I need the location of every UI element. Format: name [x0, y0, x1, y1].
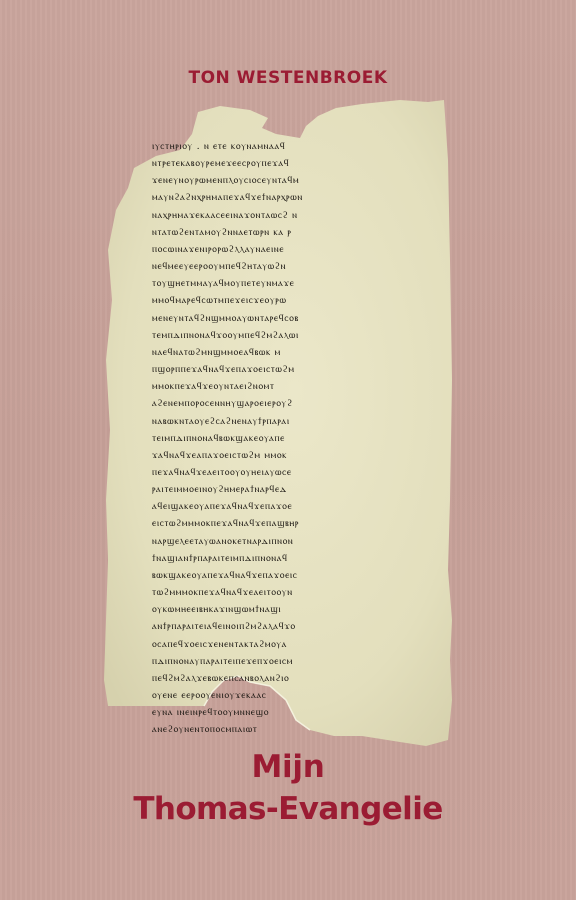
manuscript-line: ⲁϥⲉⲓϣⲁⲕⲉⲟⲩⲁⲡⲉϫⲁϥⲛⲁϥϫⲉⲡⲁϫⲟⲉ [152, 498, 424, 515]
manuscript-line: ⲧⲟⲩϣⲏⲉⲧⲙⲙⲁⲩⲁϥⲙⲟⲩⲡⲉⲧⲉⲩⲛⲙⲁϫⲉ [152, 275, 424, 292]
manuscript-line: ϫⲁϥⲛⲁϥϫⲉⲁⲡⲁϫⲟⲉⲓⲥⲧⲱϩⲙ ⲙⲙⲟⲕ [152, 447, 424, 464]
manuscript-line: ⲛⲧⲣⲉⲧⲉⲕⲁⲃⲟⲩⲣⲉⲙⲉϫⲉⲉⲥⲣⲟⲩⲡⲉϫⲁϥ [152, 155, 424, 172]
book-title: Mijn Thomas-Evangelie [0, 746, 576, 830]
manuscript-line: ⲟⲩⲉⲛⲉ ⲉⲉⲣⲟⲟⲩⲉⲛⲓⲟⲩϫⲉⲕⲁⲁⲥ [152, 687, 424, 704]
manuscript-line: ⲡⲟⲥⲱⲓⲛⲁϫⲉⲛⲓⲣⲟⲣⲱϩⲗⲗⲁⲩⲛⲁⲉⲓⲛⲉ [152, 241, 424, 258]
manuscript-line: ⲡⲉϥϩⲙϩⲁⲗϫⲉⲃⲱⲕⲉⲡⲥⲁⲛⲃⲟⲗⲁⲛϩⲓⲟ [152, 670, 424, 687]
manuscript-line: ⲓⲩⲥⲧⲏⲣⲓⲟⲩ . ⲛ ⲉⲧⲉ ⲕⲟⲩⲛⲁⲙⲛⲁⲁϥ [152, 138, 424, 155]
manuscript-line: ⲛⲁⲣϣⲉⲗⲉⲉⲧⲁⲩⲱⲁⲛⲟⲕⲉⲧⲛⲁⲣⲇⲓⲡⲛⲟⲛ [152, 533, 424, 550]
manuscript-line: ⲟⲩⲕⲱⲙⲏⲉⲉⲓⲃⲏⲕⲁϫⲓⲛϣⲱⲙϯⲛⲁϣⲓ [152, 601, 424, 618]
manuscript-line: ⲙⲉⲛⲉⲩⲛⲧⲁϥϩⲛϣⲙⲙⲟⲁⲩⲱⲛⲧⲁⲣⲉϥⲥⲟⲃ [152, 310, 424, 327]
author-name: TON WESTENBROEK [0, 68, 576, 88]
title-line-2: Thomas-Evangelie [0, 788, 576, 830]
manuscript-line: ⲧⲱϩⲙⲙⲙⲟⲕⲡⲉϫⲁϥⲛⲁϥϫⲉⲁⲉⲓⲧⲟⲟⲩⲛ [152, 584, 424, 601]
papyrus-manuscript-image: ⲓⲩⲥⲧⲏⲣⲓⲟⲩ . ⲛ ⲉⲧⲉ ⲕⲟⲩⲛⲁⲙⲛⲁⲁϥ ⲛⲧⲣⲉⲧⲉⲕⲁⲃⲟⲩ… [100, 100, 460, 750]
manuscript-line: ⲣⲁⲓⲧⲉⲓⲙⲙⲟⲉⲓⲛⲟⲩϩⲏⲙⲉⲣⲁϯⲛⲁⲣϥⲉⲇ [152, 481, 424, 498]
manuscript-line: ⲁⲛⲉϩⲟⲩⲛⲉⲛⲧⲟⲡⲟⲥⲙⲡⲁⲓⲱⲧ [152, 721, 424, 738]
manuscript-line: ⲟⲥⲁⲡⲉϥϫⲟⲉⲓⲥϫⲉⲛⲉⲛⲧⲁⲕⲧⲁϩⲙⲟⲩⲁ [152, 636, 424, 653]
manuscript-line: ⲡϣⲟⲣⲡⲡⲉϫⲁϥⲛⲁϥϫⲉⲡⲁϫⲟⲉⲓⲥⲧⲱϩⲙ [152, 361, 424, 378]
manuscript-line: ⲛⲧⲁⲧⲱϩⲉⲛⲧⲁⲙⲟⲩϩⲛⲛⲁⲉⲧⲱⲣⲛ ⲕⲁ ⲣ [152, 224, 424, 241]
manuscript-line: ϫⲉⲛⲉⲩⲛⲟⲩⲣⲱⲙⲉⲛⲡⲗⲟⲩⲥⲓⲟⲥⲉⲩⲛⲧⲁϥⲙ [152, 172, 424, 189]
book-cover: TON WESTENBROEK ⲓⲩⲥⲧⲏⲣⲓⲟⲩ . ⲛ ⲉⲧⲉ ⲕⲟⲩⲛⲁⲙ… [0, 0, 576, 900]
manuscript-line: ⲙⲁⲩⲛϩⲁϩⲛⲭⲣⲏⲙⲁⲡⲉϫⲁϥϫⲉϯⲛⲁⲣⲭⲣⲱⲛ [152, 189, 424, 206]
manuscript-text-lines: ⲓⲩⲥⲧⲏⲣⲓⲟⲩ . ⲛ ⲉⲧⲉ ⲕⲟⲩⲛⲁⲙⲛⲁⲁϥ ⲛⲧⲣⲉⲧⲉⲕⲁⲃⲟⲩ… [152, 138, 424, 738]
manuscript-line: ⲧⲉⲙⲡⲇⲓⲡⲛⲟⲛⲁϥϫⲟⲟⲩⲙⲡⲉϥϩⲙϩⲁⲗⲱⲓ [152, 327, 424, 344]
manuscript-line: ⲡⲉϫⲁϥⲛⲁϥϫⲉⲁⲉⲓⲧⲟⲟⲩⲟⲩⲏⲉⲓⲁⲩⲱⲥⲉ [152, 464, 424, 481]
manuscript-line: ⲁⲛϯⲣⲡⲁⲣⲁⲓⲧⲉⲓⲁϥⲉⲓⲛⲟⲓⲡϩⲙϩⲁⲗⲁϥϫⲟ [152, 618, 424, 635]
title-line-1: Mijn [0, 746, 576, 788]
manuscript-line: ⲛⲉϥⲙⲉⲉⲩⲉⲉⲣⲟⲟⲩⲙⲡⲉϥϩⲏⲧⲁⲩⲱϩⲛ [152, 258, 424, 275]
manuscript-line: ⲡⲇⲓⲡⲛⲟⲛⲁⲩⲡⲁⲣⲁⲓⲧⲉⲓⲡⲉϫⲉⲡϫⲟⲉⲓⲥⲙ [152, 653, 424, 670]
manuscript-line: ⲉⲓⲥⲧⲱϩⲙⲙⲙⲟⲕⲡⲉϫⲁϥⲛⲁϥϫⲉⲡⲁϣⲃⲏⲣ [152, 515, 424, 532]
manuscript-line: ⲧⲉⲓⲙⲡⲇⲓⲡⲛⲟⲛⲁϥⲃⲱⲕϣⲁⲕⲉⲟⲩⲁⲡⲉ [152, 430, 424, 447]
manuscript-line: ⲁϩⲉⲛⲉⲙⲡⲟⲣⲟⲥⲉⲛⲛⲏⲩϣⲁⲣⲟⲉⲓⲉⲣⲟⲩϩ [152, 395, 424, 412]
manuscript-line: ⲃⲱⲕϣⲁⲕⲉⲟⲩⲁⲡⲉϫⲁϥⲛⲁϥϫⲉⲡⲁϫⲟⲉⲓⲥ [152, 567, 424, 584]
manuscript-line: ⲛⲁⲭⲣⲏⲙⲁϫⲉⲕⲁⲁⲥⲉⲉⲓⲛⲁϫⲟⲛⲧⲁⲱⲥϩ ⲛ [152, 207, 424, 224]
manuscript-line: ⲙⲙⲟⲕⲡⲉϫⲁϥϫⲉⲟⲩⲛⲧⲁⲉⲓϩⲛⲟⲙⲧ [152, 378, 424, 395]
manuscript-line: ⲛⲁⲉϥⲛⲁⲧⲱϩⲙⲛϣⲙⲙⲟⲉⲁϥⲃⲱⲕ ⲙ [152, 344, 424, 361]
manuscript-line: ⲛⲁⲃⲱⲕⲛⲧⲁⲟⲩⲉϩⲥⲁϩⲛⲉⲛⲁⲩϯⲣⲡⲁⲣⲁⲓ [152, 413, 424, 430]
manuscript-line: ⲉⲩⲛⲁ ⲓⲛⲉⲓⲛⲣⲉϥⲧⲟⲟⲩⲙⲛⲛⲉϣⲟ [152, 704, 424, 721]
manuscript-line: ⲙⲙⲟϥⲙⲁⲣⲉϥⲥⲱⲧⲙⲡⲉϫⲉⲓⲥϫⲉⲟⲩⲣⲱ [152, 292, 424, 309]
manuscript-line: ϯⲛⲁϣⲓⲁⲛϯⲣⲡⲁⲣⲁⲓⲧⲉⲓⲙⲡⲇⲓⲡⲛⲟⲛⲁϥ [152, 550, 424, 567]
